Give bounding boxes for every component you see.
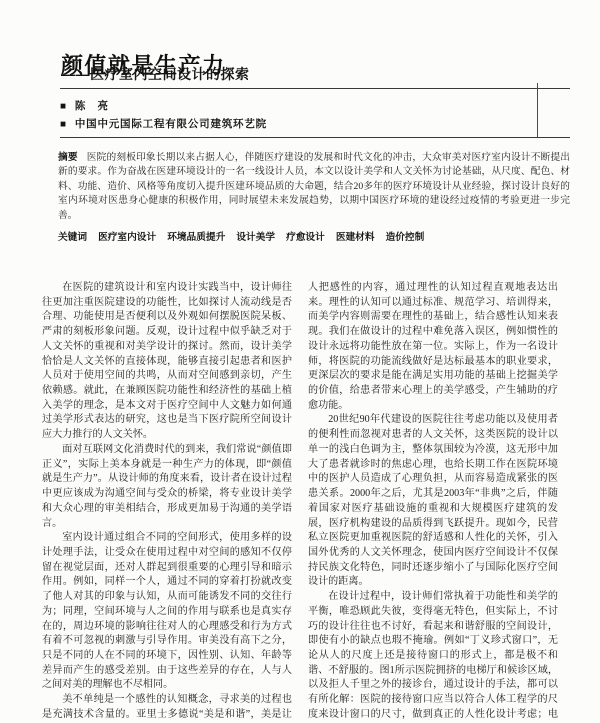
abstract-text: 医院的刻板印象长期以来占据人心，伴随医疗建设的发展和时代文化的冲击，大众审美对医… (58, 152, 570, 221)
article-subtitle: ——医疗室内空间设计的探索 (61, 64, 250, 84)
keyword-item: 疗愈设计 (286, 232, 325, 243)
abstract-block: 摘要医院的刻板印象长期以来占据人心，伴随医疗建设的发展和时代文化的冲击，大众审美… (58, 151, 570, 223)
body-paragraph: 20世纪90年代建设的医院往往考虑功能以及使用者的便利性而忽视对患者的人文关怀，… (308, 413, 558, 590)
header-divider-bottom (60, 137, 570, 138)
keyword-item: 造价控制 (386, 232, 425, 243)
body-paragraph: 面对互联网文化消费时代的到来，我们常说“颜值即正义”，实际上美本身就是一种生产力… (42, 443, 292, 531)
keywords-line: 关键词医疗室内设计环境品质提升设计美学疗愈设计医建材料造价控制 (58, 231, 570, 245)
author-affiliation: 中国中元国际工程有限公司建筑环艺院 (75, 118, 267, 130)
keyword-item: 医疗室内设计 (98, 232, 156, 243)
abstract-label: 摘要 (58, 152, 78, 163)
keyword-item: 设计美学 (236, 232, 275, 243)
author-name: 陈 亮 (75, 100, 109, 112)
article-page: 颜值就是生产力 ——医疗室内空间设计的探索 ■陈 亮 ■中国中元国际工程有限公司… (0, 0, 600, 723)
vertical-rule-mark (537, 83, 538, 138)
author-affiliation-line: ■中国中元国际工程有限公司建筑环艺院 (60, 116, 267, 131)
keyword-item: 环境品质提升 (167, 232, 225, 243)
square-bullet-icon: ■ (60, 119, 67, 130)
keywords-label: 关键词 (58, 232, 87, 243)
keyword-item: 医建材料 (336, 232, 375, 243)
body-paragraph: 室内设计通过组合不同的空间形式，使用多样的设计处理手法，让受众在使用过程中对空间… (42, 531, 292, 693)
author-name-line: ■陈 亮 (60, 98, 109, 113)
square-bullet-icon: ■ (60, 101, 67, 112)
header-divider-top (60, 88, 570, 89)
body-paragraph: 在医院的建筑设计和室内设计实践当中，设计师往往更加注重医院建设的功能性，比如探讨… (42, 281, 292, 443)
body-text-columns: 在医院的建筑设计和室内设计实践当中，设计师往往更加注重医院建设的功能性，比如探讨… (42, 281, 558, 723)
